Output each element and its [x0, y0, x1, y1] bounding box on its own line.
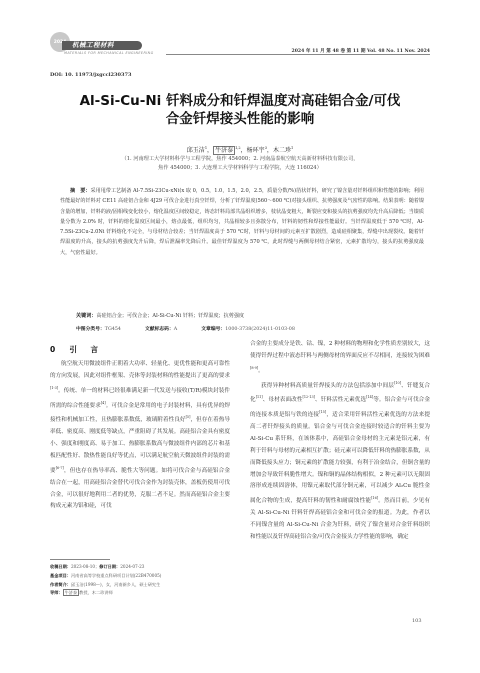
footnote-divider: [50, 559, 110, 560]
doc-code-label: 文献标志码：: [145, 326, 174, 332]
keywords-label: 关键词：: [76, 313, 96, 319]
journal-name-en: MATERIALS FOR MECHANICAL ENGINEERING: [64, 51, 154, 55]
keywords-text: 高硅铝合金；可伐合金；Al-Si-Cu-Ni 钎料；钎焊温度；抗剪强度: [96, 313, 244, 319]
author-name: 木二珍: [273, 147, 291, 154]
author-name: 杨环宇: [247, 147, 265, 154]
citation: [8-9]: [250, 366, 258, 370]
paragraph: 获得异种材料高质量钎焊接头的方法包括添加中间层[10]、钎缝复合化[11]、母材…: [250, 378, 430, 544]
article-number: 文章编号：1000-3738(2024)11-0103-08: [201, 325, 295, 332]
section-heading-introduction: 0 引 言: [50, 344, 101, 355]
author-affil-sup: 1: [205, 146, 207, 150]
citation: [11]: [256, 395, 263, 399]
body-column-right: 合金的主要成分是铁、钴、镍，2 种材料的物理和化学性质差别较大，这使得钎焊过程中…: [250, 339, 430, 544]
citation: [12-13]: [303, 395, 315, 399]
citation: [10]: [394, 381, 401, 385]
footnote-dates: 收稿日期：2023-08-10；修订日期：2024-07-23: [50, 563, 240, 572]
clc-value: TG454: [105, 327, 121, 332]
keywords: 关键词：高硅铝合金；可伐合金；Al-Si-Cu-Ni 钎料；钎焊温度；抗剪强度: [76, 312, 426, 319]
doc-code-value: A: [174, 327, 177, 332]
article-no-value: 1000-3738(2024)11-0103-08: [225, 327, 295, 332]
issue-info: 2024 年 11 月 第 48 卷 第 11 期 Vol. 48 No. 11…: [292, 48, 431, 54]
article-no-label: 文章编号：: [201, 326, 225, 332]
abstract-text: 采用甩带工艺制备 Al-7.5Si-23Cu-xNi(x 取 0，0.5，1.0…: [60, 188, 424, 256]
document-code: 文献标志码：A: [145, 325, 177, 332]
section-title: 引 言: [69, 345, 101, 354]
citation: [6-7]: [56, 466, 64, 470]
journal-header: 2024 机械工程材料 MATERIALS FOR MECHANICAL ENG…: [50, 30, 430, 60]
footnote-advisor: 导师：牛济泰教授，木二珍讲师: [50, 589, 240, 598]
citation: [1-3]: [50, 386, 58, 390]
page-number: 103: [412, 618, 422, 624]
clc-label: 中图分类号：: [76, 326, 105, 332]
author-name-highlighted: 牛济泰: [213, 146, 235, 155]
abstract-label: 摘 要：: [70, 188, 90, 194]
author-list: 邱玉洁1，牛济泰1,2，杨环宇3，木二珍1: [40, 145, 440, 154]
paragraph: 合金的主要成分是铁、钴、镍，2 种材料的物理和化学性质差别较大，这使得钎焊过程中…: [250, 339, 430, 378]
section-number: 0: [50, 345, 58, 354]
body-column-left: 航空航天用微波组件正朝着大功率、轻量化、更优性能和更高可靠性的方向发展，因此对组…: [50, 359, 230, 513]
affiliations: （1. 河南理工大学材料科学与工程学院，焦作 454000；2. 河南晶泰航空航…: [60, 155, 420, 173]
abstract: 摘 要：采用甩带工艺制备 Al-7.5Si-23Cu-xNi(x 取 0，0.5…: [60, 186, 424, 258]
footnotes: 收稿日期：2023-08-10；修订日期：2024-07-23 基金项目：河南省…: [50, 563, 240, 598]
paragraph: 航空航天用微波组件正朝着大功率、轻量化、更优性能和更高可靠性的方向发展，因此对组…: [50, 359, 230, 513]
author-affil-sup: 1,2: [235, 146, 241, 150]
advisor-name-highlighted: 牛济泰: [63, 589, 80, 596]
title-line-2: 合金钎焊接头性能的影响: [40, 110, 440, 128]
clc-number: 中图分类号：TG454: [76, 325, 121, 332]
affiliation-line-2: 焦作 454000；3. 大连理工大学材料科学与工程学院，大连 116024）: [60, 164, 420, 173]
header-divider: [166, 54, 430, 55]
article-title: Al-Si-Cu-Ni 钎料成分和钎焊温度对高硅铝合金/可伐 合金钎焊接头性能的…: [40, 92, 440, 128]
footnote-fund: 基金项目：河南省高等学校重点科研项目计划(22B470005): [50, 572, 240, 581]
doi: DOI: 10. 11973/jxgccl230373: [50, 72, 131, 78]
classification-row: 中图分类号：TG454 文献标志码：A 文章编号：1000-3738(2024)…: [76, 325, 426, 332]
author-name: 邱玉洁: [187, 147, 205, 154]
affiliation-line-1: （1. 河南理工大学材料科学与工程学院，焦作 454000；2. 河南晶泰航空航…: [60, 155, 420, 164]
author-affil-sup: 3: [265, 146, 267, 150]
footnote-author: 作者简介：邱玉洁(1998—)，女，河南新乡人，硕士研究生: [50, 581, 240, 590]
journal-name-cn: 机械工程材料: [62, 41, 142, 50]
title-line-1: Al-Si-Cu-Ni 钎料成分和钎焊温度对高硅铝合金/可伐: [40, 92, 440, 110]
author-affil-sup: 1: [291, 146, 293, 150]
